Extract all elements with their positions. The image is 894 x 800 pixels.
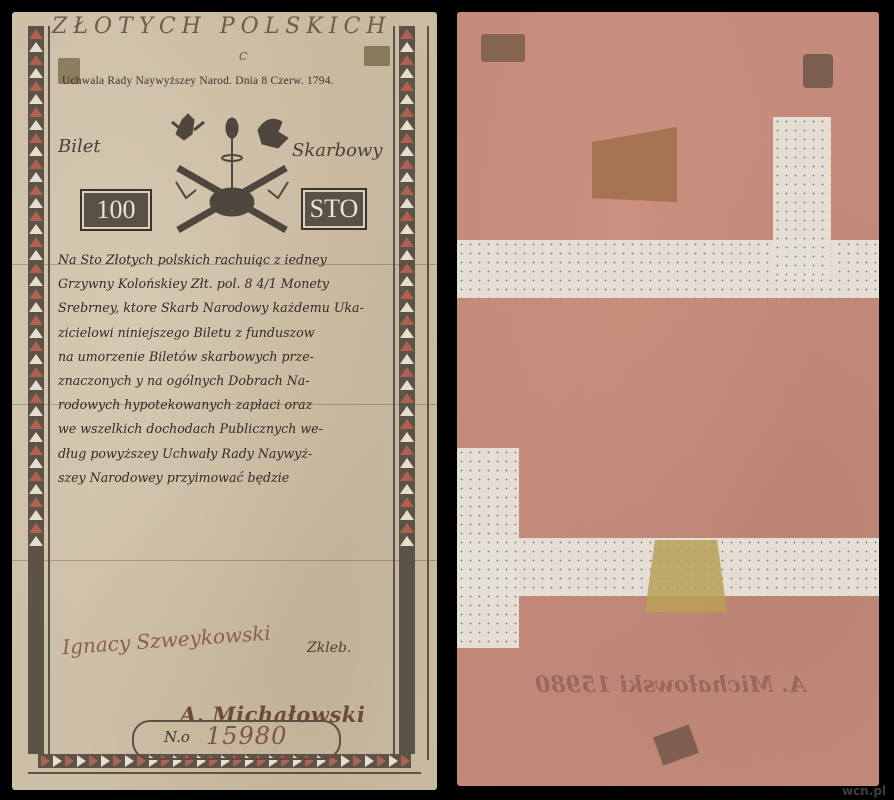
show-through-signature: A. Michałowski 15980 xyxy=(535,672,806,698)
serial-number: 15980 xyxy=(206,722,287,750)
stain xyxy=(653,724,699,765)
tape-strip-vertical xyxy=(773,117,831,279)
border-triangle-icon xyxy=(400,120,414,130)
border-triangle-icon xyxy=(29,289,43,299)
corner-stain xyxy=(481,34,525,62)
border-triangle-icon xyxy=(400,224,414,234)
border-triangle-icon xyxy=(400,29,414,39)
border-triangle-icon xyxy=(400,94,414,104)
watermark-text: wcn.pl xyxy=(842,784,886,798)
border-triangle-icon xyxy=(29,341,43,351)
border-triangle-icon xyxy=(400,185,414,195)
border-triangle-icon xyxy=(400,497,414,507)
border-triangle-icon xyxy=(400,146,414,156)
border-triangle-icon xyxy=(400,55,414,65)
border-triangle-icon xyxy=(29,367,43,377)
border-triangle-icon xyxy=(29,445,43,455)
paper-repair-patch xyxy=(592,127,677,202)
banknote-reverse: A. Michałowski 15980 xyxy=(457,12,879,786)
border-rule xyxy=(28,772,421,774)
border-triangle-icon xyxy=(29,133,43,143)
decree-line: Uchwala Rady Naywyższey Narod. Dnia 8 Cz… xyxy=(62,75,334,87)
border-triangle-icon xyxy=(41,755,50,767)
denomination-numeric: 100 xyxy=(80,189,152,231)
border-triangle-icon xyxy=(400,107,414,117)
border-triangle-icon xyxy=(29,380,43,390)
body-line: szey Narodowey przyimować będzie xyxy=(58,466,403,490)
border-triangle-icon xyxy=(400,510,414,520)
border-triangle-icon xyxy=(29,510,43,520)
border-triangle-icon xyxy=(29,432,43,442)
border-triangle-icon xyxy=(400,198,414,208)
body-line: dług powyższey Uchwały Rady Naywyż- xyxy=(58,442,403,466)
border-triangle-icon xyxy=(29,523,43,533)
border-triangle-icon xyxy=(29,42,43,52)
border-triangle-icon xyxy=(77,755,86,767)
border-triangle-icon xyxy=(29,81,43,91)
border-triangle-icon xyxy=(29,302,43,312)
border-triangle-icon xyxy=(29,224,43,234)
title-skarbowy: Skarbowy xyxy=(292,140,383,161)
border-triangle-icon xyxy=(29,120,43,130)
border-triangle-icon xyxy=(29,315,43,325)
border-triangle-icon xyxy=(29,419,43,429)
series-letter: C xyxy=(239,50,247,63)
border-triangle-icon xyxy=(29,198,43,208)
body-line: Srebrney, ktore Skarb Narodowy każdemu U… xyxy=(58,296,403,320)
border-triangle-icon xyxy=(29,55,43,65)
border-triangle-icon xyxy=(29,172,43,182)
border-triangle-icon xyxy=(29,146,43,156)
border-triangle-icon xyxy=(29,471,43,481)
border-triangle-icon xyxy=(400,42,414,52)
border-triangle-icon xyxy=(29,536,43,546)
coat-of-arms-emblem-icon xyxy=(162,110,302,240)
signature-left: Ignacy Szweykowski xyxy=(61,621,271,660)
border-triangle-icon xyxy=(400,68,414,78)
border-triangle-icon xyxy=(29,458,43,468)
border-triangle-icon xyxy=(29,107,43,117)
border-triangle-icon xyxy=(29,159,43,169)
body-line: zicielowi niniejszego Biletu z funduszow xyxy=(58,321,403,345)
serial-cartouche: N.o 15980 xyxy=(132,720,341,760)
border-triangle-icon xyxy=(353,755,362,767)
border-triangle-icon xyxy=(29,276,43,286)
header-script: ZŁOTYCH POLSKICH xyxy=(52,14,392,39)
body-line: rodowych hypotekowanych zapłaci oraz xyxy=(58,393,403,417)
border-triangle-icon xyxy=(89,755,98,767)
border-triangle-icon xyxy=(29,185,43,195)
border-rule xyxy=(48,26,50,754)
border-triangle-icon xyxy=(389,755,398,767)
body-line: Grzywny Kolońskiey Złt. pol. 8 4/1 Monet… xyxy=(58,272,403,296)
body-text: Na Sto Złotych polskich rachuiąc z iedne… xyxy=(58,248,403,490)
border-triangle-icon xyxy=(29,328,43,338)
body-line: znaczonych y na ogólnych Dobrach Na- xyxy=(58,369,403,393)
corner-stain xyxy=(803,54,833,88)
border-rule xyxy=(427,26,429,760)
border-triangle-icon xyxy=(400,536,414,546)
border-triangle-icon xyxy=(377,755,386,767)
body-line: na umorzenie Biletów skarbowych prze- xyxy=(58,345,403,369)
border-triangle-icon xyxy=(29,211,43,221)
border-triangle-icon xyxy=(400,237,414,247)
banknote-obverse: ZŁOTYCH POLSKICH C Uchwala Rady Naywyższ… xyxy=(12,12,437,790)
title-bilet: Bilet xyxy=(58,136,101,157)
border-triangle-icon xyxy=(53,755,62,767)
border-triangle-icon xyxy=(401,755,410,767)
border-triangle-icon xyxy=(29,497,43,507)
tape-overlap-patch xyxy=(645,540,727,612)
border-triangle-icon xyxy=(29,237,43,247)
ornamental-border-left xyxy=(28,26,44,754)
border-triangle-icon xyxy=(400,211,414,221)
border-triangle-icon xyxy=(29,406,43,416)
border-triangle-icon xyxy=(29,393,43,403)
border-triangle-icon xyxy=(29,354,43,364)
denomination-word: STO xyxy=(301,188,367,230)
border-triangle-icon xyxy=(400,159,414,169)
border-triangle-icon xyxy=(341,755,350,767)
border-triangle-icon xyxy=(400,523,414,533)
border-triangle-icon xyxy=(400,133,414,143)
border-triangle-icon xyxy=(65,755,74,767)
signature-right-small: Zkleb. xyxy=(307,640,351,656)
border-triangle-icon xyxy=(29,68,43,78)
fold-line xyxy=(12,560,437,561)
border-triangle-icon xyxy=(400,81,414,91)
tape-stain xyxy=(364,46,390,66)
border-triangle-icon xyxy=(101,755,110,767)
border-triangle-icon xyxy=(29,94,43,104)
body-line: we wszelkich dochodach Publicznych we- xyxy=(58,417,403,441)
body-line: Na Sto Złotych polskich rachuiąc z iedne… xyxy=(58,248,403,272)
border-triangle-icon xyxy=(125,755,134,767)
border-triangle-icon xyxy=(29,29,43,39)
border-triangle-icon xyxy=(400,172,414,182)
border-triangle-icon xyxy=(365,755,374,767)
border-triangle-icon xyxy=(29,484,43,494)
border-triangle-icon xyxy=(113,755,122,767)
border-triangle-icon xyxy=(29,250,43,260)
serial-prefix: N.o xyxy=(164,728,190,746)
